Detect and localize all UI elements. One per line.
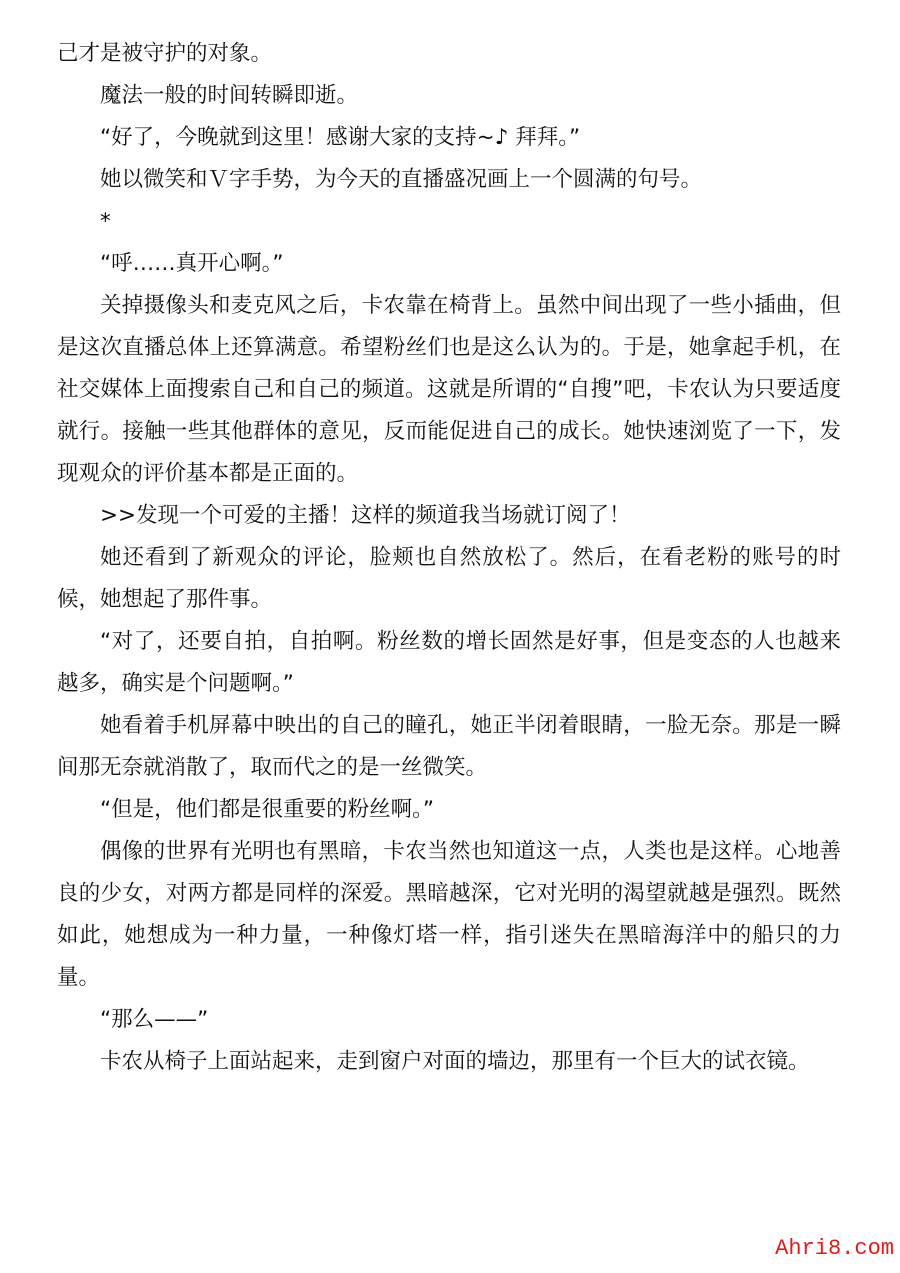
paragraph: “呼……真开心啊。” (57, 243, 841, 285)
paragraph: 她看着手机屏幕中映出的自己的瞳孔，她正半闭着眼睛，一脸无奈。那是一瞬间那无奈就消… (57, 705, 841, 789)
paragraph: >>发现一个可爱的主播！这样的频道我当场就订阅了！ (57, 495, 841, 537)
paragraph: 卡农从椅子上面站起来，走到窗户对面的墙边，那里有一个巨大的试衣镜。 (57, 1041, 841, 1083)
document-page: 己才是被守护的对象。 魔法一般的时间转瞬即逝。 “好了，今晚就到这里！感谢大家的… (57, 33, 841, 1083)
paragraph: 她还看到了新观众的评论，脸颊也自然放松了。然后，在看老粉的账号的时候，她想起了那… (57, 537, 841, 621)
paragraph: 偶像的世界有光明也有黑暗，卡农当然也知道这一点，人类也是这样。心地善良的少女，对… (57, 831, 841, 999)
scene-break: * (57, 201, 841, 243)
paragraph: “那么——” (57, 999, 841, 1041)
paragraph: 关掉摄像头和麦克风之后，卡农靠在椅背上。虽然中间出现了一些小插曲，但是这次直播总… (57, 285, 841, 495)
paragraph: 她以微笑和Ｖ字手势，为今天的直播盛况画上一个圆满的句号。 (57, 159, 841, 201)
paragraph: 己才是被守护的对象。 (57, 33, 841, 75)
paragraph: “但是，他们都是很重要的粉丝啊。” (57, 789, 841, 831)
paragraph: “对了，还要自拍，自拍啊。粉丝数的增长固然是好事，但是变态的人也越来越多，确实是… (57, 621, 841, 705)
paragraph: 魔法一般的时间转瞬即逝。 (57, 75, 841, 117)
watermark: Ahri8.com (775, 1236, 894, 1261)
paragraph: “好了，今晚就到这里！感谢大家的支持~♪ 拜拜。” (57, 117, 841, 159)
